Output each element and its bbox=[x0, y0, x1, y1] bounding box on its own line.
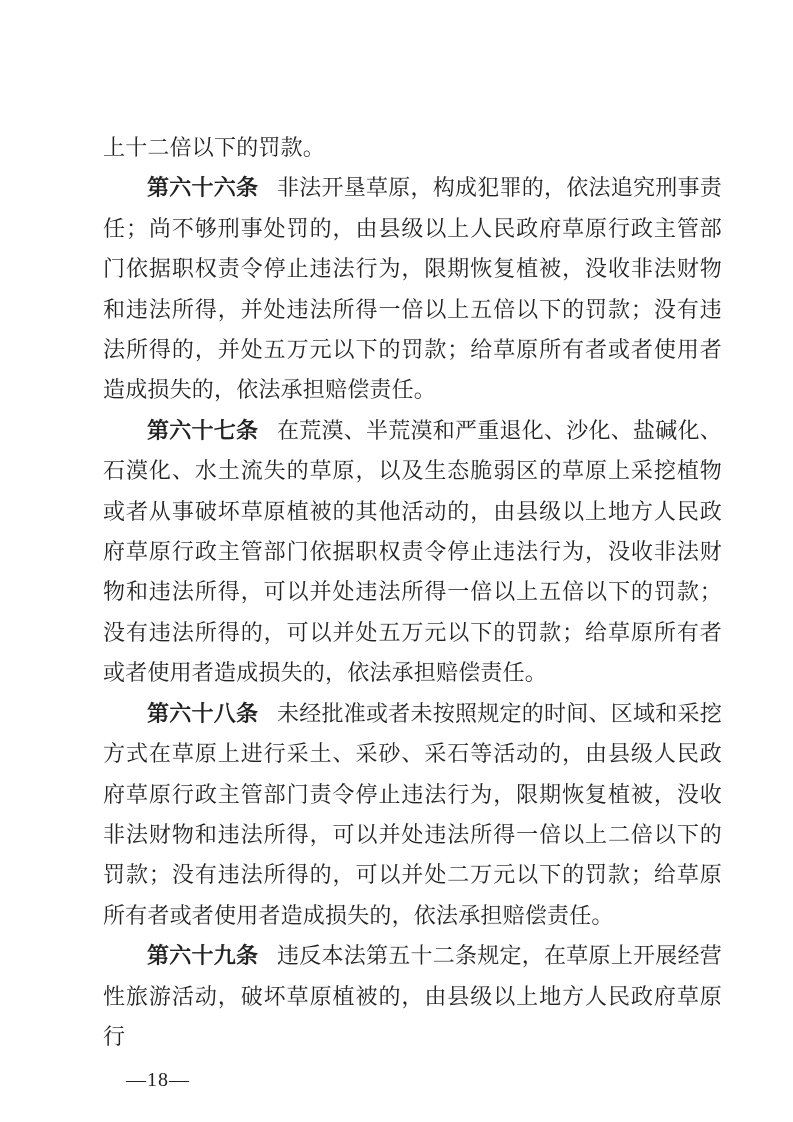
article-paragraph-68: 第六十八条未经批准或者未按照规定的时间、区域和采挖方式在草原上进行采土、采砂、采… bbox=[103, 694, 722, 936]
document-page: 上十二倍以下的罚款。 第六十六条非法开垦草原，构成犯罪的，依法追究刑事责任；尚不… bbox=[0, 0, 793, 1122]
article-text: 未经批准或者未按照规定的时间、区域和采挖方式在草原上进行采土、采砂、采石等活动的… bbox=[103, 701, 722, 928]
article-paragraph-69: 第六十九条违反本法第五十二条规定，在草原上开展经营性旅游活动，破坏草原植被的，由… bbox=[103, 936, 722, 1057]
page-number: —18— bbox=[126, 1069, 190, 1092]
article-number: 第六十八条 bbox=[147, 701, 258, 726]
paragraph-continuation: 上十二倍以下的罚款。 bbox=[103, 128, 722, 168]
document-body: 上十二倍以下的罚款。 第六十六条非法开垦草原，构成犯罪的，依法追究刑事责任；尚不… bbox=[103, 128, 722, 1057]
article-text: 在荒漠、半荒漠和严重退化、沙化、盐碱化、石漠化、水土流失的草原，以及生态脆弱区的… bbox=[103, 418, 722, 685]
article-paragraph-66: 第六十六条非法开垦草原，构成犯罪的，依法追究刑事责任；尚不够刑事处罚的，由县级以… bbox=[103, 168, 722, 410]
article-paragraph-67: 第六十七条在荒漠、半荒漠和严重退化、沙化、盐碱化、石漠化、水土流失的草原，以及生… bbox=[103, 411, 722, 694]
article-number: 第六十六条 bbox=[147, 175, 258, 200]
article-text: 非法开垦草原，构成犯罪的，依法追究刑事责任；尚不够刑事处罚的，由县级以上人民政府… bbox=[103, 175, 722, 402]
article-number: 第六十七条 bbox=[147, 418, 258, 443]
article-number: 第六十九条 bbox=[147, 943, 258, 968]
